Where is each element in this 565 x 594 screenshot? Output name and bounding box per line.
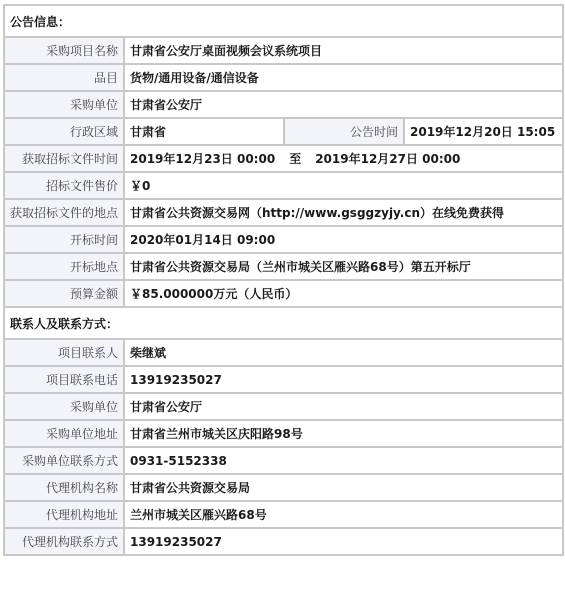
- period-end: 2019年12月27日 00:00: [315, 152, 460, 166]
- field-label: 公告时间: [284, 118, 404, 145]
- table-row: 招标文件售价 ￥0: [4, 172, 563, 199]
- purchaser-contact-value: 0931-5152338: [124, 447, 563, 474]
- category-value: 货物/通用设备/通信设备: [124, 64, 563, 91]
- field-label: 项目联系人: [4, 339, 124, 366]
- document-period-value: 2019年12月23日 00:00至2019年12月27日 00:00: [124, 145, 563, 172]
- table-row: 代理机构联系方式 13919235027: [4, 528, 563, 555]
- field-label: 采购单位: [4, 91, 124, 118]
- field-label: 代理机构联系方式: [4, 528, 124, 555]
- section-title-contact: 联系人及联系方式：: [4, 307, 563, 339]
- table-row: 获取招标文件的地点 甘肃省公共资源交易网（http://www.gsggzyjy…: [4, 199, 563, 226]
- period-start: 2019年12月23日 00:00: [130, 152, 275, 166]
- announcement-table: 公告信息： 采购项目名称 甘肃省公安厅桌面视频会议系统项目 品目 货物/通用设备…: [3, 4, 564, 556]
- opening-time-value: 2020年01月14日 09:00: [124, 226, 563, 253]
- section-header-contact: 联系人及联系方式：: [4, 307, 563, 339]
- table-row: 开标地点 甘肃省公共资源交易局（兰州市城关区雁兴路68号）第五开标厅: [4, 253, 563, 280]
- table-row: 项目联系人 柴继斌: [4, 339, 563, 366]
- field-label: 获取招标文件时间: [4, 145, 124, 172]
- table-row: 采购单位地址 甘肃省兰州市城关区庆阳路98号: [4, 420, 563, 447]
- budget-value: ￥85.000000万元（人民币）: [124, 280, 563, 307]
- agency-address-value: 兰州市城关区雁兴路68号: [124, 501, 563, 528]
- table-row: 开标时间 2020年01月14日 09:00: [4, 226, 563, 253]
- field-label: 采购项目名称: [4, 37, 124, 64]
- field-label: 预算金额: [4, 280, 124, 307]
- document-location-value: 甘肃省公共资源交易网（http://www.gsggzyjy.cn）在线免费获得: [124, 199, 563, 226]
- table-row: 采购单位 甘肃省公安厅: [4, 91, 563, 118]
- agency-name-value: 甘肃省公共资源交易局: [124, 474, 563, 501]
- field-label: 行政区域: [4, 118, 124, 145]
- table-row: 采购项目名称 甘肃省公安厅桌面视频会议系统项目: [4, 37, 563, 64]
- table-row: 代理机构地址 兰州市城关区雁兴路68号: [4, 501, 563, 528]
- table-row: 品目 货物/通用设备/通信设备: [4, 64, 563, 91]
- table-row: 代理机构名称 甘肃省公共资源交易局: [4, 474, 563, 501]
- table-row: 项目联系电话 13919235027: [4, 366, 563, 393]
- table-row: 预算金额 ￥85.000000万元（人民币）: [4, 280, 563, 307]
- field-label: 代理机构名称: [4, 474, 124, 501]
- field-label: 招标文件售价: [4, 172, 124, 199]
- table-row: 采购单位联系方式 0931-5152338: [4, 447, 563, 474]
- document-price-value: ￥0: [124, 172, 563, 199]
- field-label: 项目联系电话: [4, 366, 124, 393]
- region-value: 甘肃省: [124, 118, 284, 145]
- period-to: 至: [289, 152, 301, 166]
- contact-phone-value: 13919235027: [124, 366, 563, 393]
- field-label: 代理机构地址: [4, 501, 124, 528]
- field-label: 开标时间: [4, 226, 124, 253]
- section-header-notice: 公告信息：: [4, 5, 563, 37]
- field-label: 采购单位联系方式: [4, 447, 124, 474]
- field-label: 开标地点: [4, 253, 124, 280]
- purchaser-address-value: 甘肃省兰州市城关区庆阳路98号: [124, 420, 563, 447]
- field-label: 获取招标文件的地点: [4, 199, 124, 226]
- contact-person-value: 柴继斌: [124, 339, 563, 366]
- field-label: 品目: [4, 64, 124, 91]
- agency-contact-value: 13919235027: [124, 528, 563, 555]
- field-label: 采购单位地址: [4, 420, 124, 447]
- section-title-notice: 公告信息：: [4, 5, 563, 37]
- table-row: 获取招标文件时间 2019年12月23日 00:00至2019年12月27日 0…: [4, 145, 563, 172]
- project-name-value: 甘肃省公安厅桌面视频会议系统项目: [124, 37, 563, 64]
- purchaser-value: 甘肃省公安厅: [124, 91, 563, 118]
- table-row: 行政区域 甘肃省 公告时间 2019年12月20日 15:05: [4, 118, 563, 145]
- field-label: 采购单位: [4, 393, 124, 420]
- announcement-table-container: 公告信息： 采购项目名称 甘肃省公安厅桌面视频会议系统项目 品目 货物/通用设备…: [3, 4, 562, 556]
- opening-location-value: 甘肃省公共资源交易局（兰州市城关区雁兴路68号）第五开标厅: [124, 253, 563, 280]
- purchaser-name-value: 甘肃省公安厅: [124, 393, 563, 420]
- table-row: 采购单位 甘肃省公安厅: [4, 393, 563, 420]
- publish-time-value: 2019年12月20日 15:05: [404, 118, 563, 145]
